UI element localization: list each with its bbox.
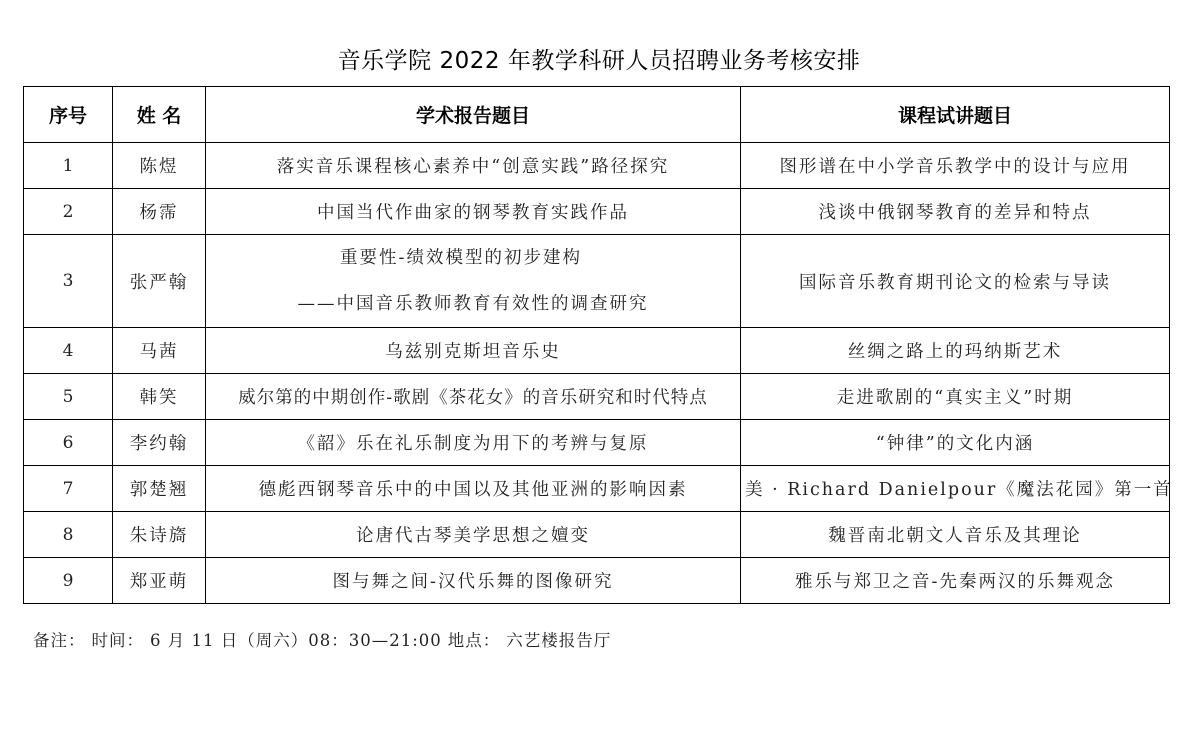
note-location-value: 六艺楼报告厅 [506, 631, 611, 650]
cell-name: 朱诗旖 [113, 512, 206, 558]
note-location-label: 地点： [448, 631, 501, 650]
cell-report-topic: 图与舞之间-汉代乐舞的图像研究 [206, 558, 741, 604]
header-report-topic: 学术报告题目 [206, 87, 741, 143]
table-row: 4 马茜 乌兹别克斯坦音乐史 丝绸之路上的玛纳斯艺术 [24, 328, 1170, 374]
table-row: 3 张严翰 重要性-绩效模型的初步建构 ——中国音乐教师教育有效性的调查研究 国… [24, 235, 1170, 328]
cell-trial-lecture-topic: 国际音乐教育期刊论文的检索与导读 [741, 235, 1170, 328]
header-trial-lecture-topic: 课程试讲题目 [741, 87, 1170, 143]
note-label: 备注： [33, 631, 86, 650]
table-row: 6 李约翰 《韶》乐在礼乐制度为用下的考辨与复原 “钟律”的文化内涵 [24, 420, 1170, 466]
cell-seq: 1 [24, 143, 113, 189]
cell-report-topic: 重要性-绩效模型的初步建构 ——中国音乐教师教育有效性的调查研究 [206, 235, 741, 328]
cell-report-topic: 德彪西钢琴音乐中的中国以及其他亚洲的影响因素 [206, 466, 741, 512]
cell-report-topic: 《韶》乐在礼乐制度为用下的考辨与复原 [206, 420, 741, 466]
cell-name: 李约翰 [113, 420, 206, 466]
cell-name: 韩笑 [113, 374, 206, 420]
cell-report-topic: 论唐代古琴美学思想之嬗变 [206, 512, 741, 558]
cell-report-topic: 落实音乐课程核心素养中“创意实践”路径探究 [206, 143, 741, 189]
report-topic-line-1: 重要性-绩效模型的初步建构 [210, 235, 736, 281]
header-name: 姓 名 [113, 87, 206, 143]
table-row: 7 郭楚翘 德彪西钢琴音乐中的中国以及其他亚洲的影响因素 美 · Richard… [24, 466, 1170, 512]
cell-trial-lecture-topic: “钟律”的文化内涵 [741, 420, 1170, 466]
table-row: 8 朱诗旖 论唐代古琴美学思想之嬗变 魏晋南北朝文人音乐及其理论 [24, 512, 1170, 558]
cell-trial-lecture-topic: 雅乐与郑卫之音-先秦两汉的乐舞观念 [741, 558, 1170, 604]
cell-name: 陈煜 [113, 143, 206, 189]
header-seq: 序号 [24, 87, 113, 143]
table-row: 1 陈煜 落实音乐课程核心素养中“创意实践”路径探究 图形谱在中小学音乐教学中的… [24, 143, 1170, 189]
cell-trial-lecture-topic: 图形谱在中小学音乐教学中的设计与应用 [741, 143, 1170, 189]
table-row: 2 杨霈 中国当代作曲家的钢琴教育实践作品 浅谈中俄钢琴教育的差异和特点 [24, 189, 1170, 235]
cell-seq: 4 [24, 328, 113, 374]
cell-seq: 2 [24, 189, 113, 235]
cell-trial-lecture-topic: 美 · Richard Danielpour《魔法花园》第一首 [741, 466, 1170, 512]
schedule-note: 备注：时间：6 月 11 日（周六）08：30—21:00地点：六艺楼报告厅 [33, 628, 617, 654]
table-header-row: 序号 姓 名 学术报告题目 课程试讲题目 [24, 87, 1170, 143]
cell-trial-lecture-topic: 丝绸之路上的玛纳斯艺术 [741, 328, 1170, 374]
table-row: 5 韩笑 威尔第的中期创作-歌剧《茶花女》的音乐研究和时代特点 走进歌剧的“真实… [24, 374, 1170, 420]
schedule-table: 序号 姓 名 学术报告题目 课程试讲题目 1 陈煜 落实音乐课程核心素养中“创意… [23, 86, 1170, 604]
cell-name: 张严翰 [113, 235, 206, 328]
note-time-value: 6 月 11 日（周六）08：30—21:00 [150, 631, 442, 650]
cell-report-topic: 乌兹别克斯坦音乐史 [206, 328, 741, 374]
cell-name: 杨霈 [113, 189, 206, 235]
table-row: 9 郑亚萌 图与舞之间-汉代乐舞的图像研究 雅乐与郑卫之音-先秦两汉的乐舞观念 [24, 558, 1170, 604]
report-topic-line-2: ——中国音乐教师教育有效性的调查研究 [210, 281, 736, 327]
cell-seq: 5 [24, 374, 113, 420]
cell-name: 郭楚翘 [113, 466, 206, 512]
cell-name: 郑亚萌 [113, 558, 206, 604]
note-time-label: 时间： [92, 631, 145, 650]
cell-seq: 9 [24, 558, 113, 604]
document-title: 音乐学院 2022 年教学科研人员招聘业务考核安排 [0, 44, 1198, 78]
cell-report-topic: 威尔第的中期创作-歌剧《茶花女》的音乐研究和时代特点 [206, 374, 741, 420]
cell-trial-lecture-topic: 走进歌剧的“真实主义”时期 [741, 374, 1170, 420]
cell-report-topic: 中国当代作曲家的钢琴教育实践作品 [206, 189, 741, 235]
cell-trial-lecture-topic: 浅谈中俄钢琴教育的差异和特点 [741, 189, 1170, 235]
cell-name: 马茜 [113, 328, 206, 374]
cell-seq: 3 [24, 235, 113, 328]
cell-seq: 7 [24, 466, 113, 512]
cell-seq: 6 [24, 420, 113, 466]
cell-trial-lecture-topic: 魏晋南北朝文人音乐及其理论 [741, 512, 1170, 558]
cell-seq: 8 [24, 512, 113, 558]
